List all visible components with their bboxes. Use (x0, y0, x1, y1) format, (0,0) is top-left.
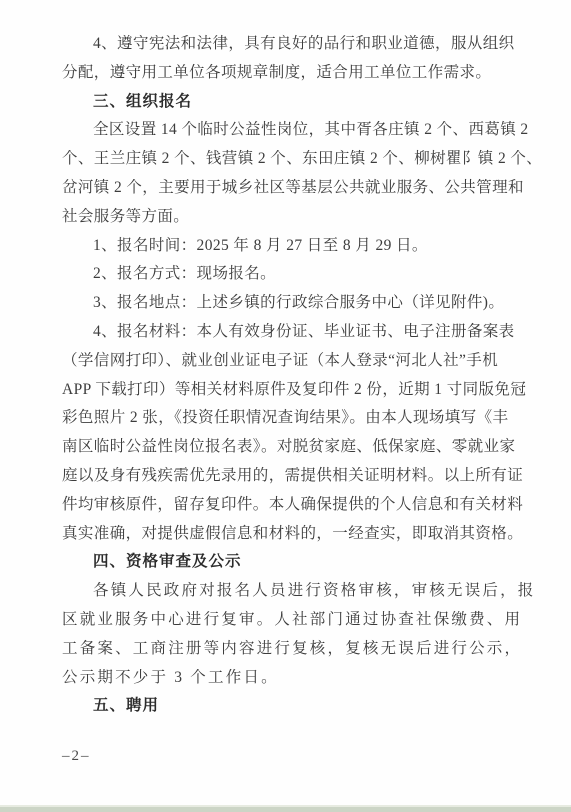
body-line: （学信网打印）、就业创业证电子证（本人登录“河北人社”手机 (62, 347, 516, 376)
section-heading: 五、聘用 (62, 692, 516, 721)
body-line: 庭以及身有残疾需优先录用的，需提供相关证明材料。以上所有证 (62, 462, 516, 491)
body-line: 1、报名时间：2025 年 8 月 27 日至 8 月 29 日。 (62, 232, 516, 261)
body-line: 全区设置 14 个临时公益性岗位，其中胥各庄镇 2 个、西葛镇 2 (62, 116, 516, 145)
section-heading: 三、组织报名 (62, 88, 516, 117)
page-bottom-strip (0, 805, 571, 812)
body-line: 真实准确，对提供虚假信息和材料的，一经查实，即取消其资格。 (62, 520, 516, 549)
body-line: 4、遵守宪法和法律，具有良好的品行和职业道德，服从组织 (62, 30, 516, 59)
body-line: 彩色照片 2 张，《投资任职情况查询结果》。由本人现场填写《丰 (62, 404, 516, 433)
body-line: 各镇人民政府对报名人员进行资格审核，审核无误后，报 (62, 577, 516, 606)
document-page: 4、遵守宪法和法律，具有良好的品行和职业道德，服从组织 分配，遵守用工单位各项规… (0, 0, 571, 812)
body-line: 4、报名材料：本人有效身份证、毕业证书、电子注册备案表 (62, 318, 516, 347)
section-heading: 四、资格审查及公示 (62, 548, 516, 577)
body-line: 区就业服务中心进行复审。人社部门通过协查社保缴费、用 (62, 606, 516, 635)
document-text-block: 4、遵守宪法和法律，具有良好的品行和职业道德，服从组织 分配，遵守用工单位各项规… (62, 30, 516, 721)
page-number: –2– (62, 748, 91, 765)
body-line: 个、王兰庄镇 2 个、钱营镇 2 个、东田庄镇 2 个、柳树瞿阝镇 2 个、 (62, 145, 516, 174)
body-line: 公示期不少于 3 个工作日。 (62, 664, 516, 693)
body-line: 南区临时公益性岗位报名表》。对脱贫家庭、低保家庭、零就业家 (62, 433, 516, 462)
body-line: 3、报名地点：上述乡镇的行政综合服务中心（详见附件)。 (62, 289, 516, 318)
body-line: 岔河镇 2 个，主要用于城乡社区等基层公共就业服务、公共管理和 (62, 174, 516, 203)
body-line: APP 下载打印）等相关材料原件及复印件 2 份，近期 1 寸同版免冠 (62, 376, 516, 405)
body-line: 件均审核原件，留存复印件。本人确保提供的个人信息和有关材料 (62, 491, 516, 520)
body-line: 分配，遵守用工单位各项规章制度，适合用工单位工作需求。 (62, 59, 516, 88)
body-line: 2、报名方式：现场报名。 (62, 260, 516, 289)
body-line: 社会服务等方面。 (62, 203, 516, 232)
body-line: 工备案、工商注册等内容进行复核，复核无误后进行公示， (62, 635, 516, 664)
